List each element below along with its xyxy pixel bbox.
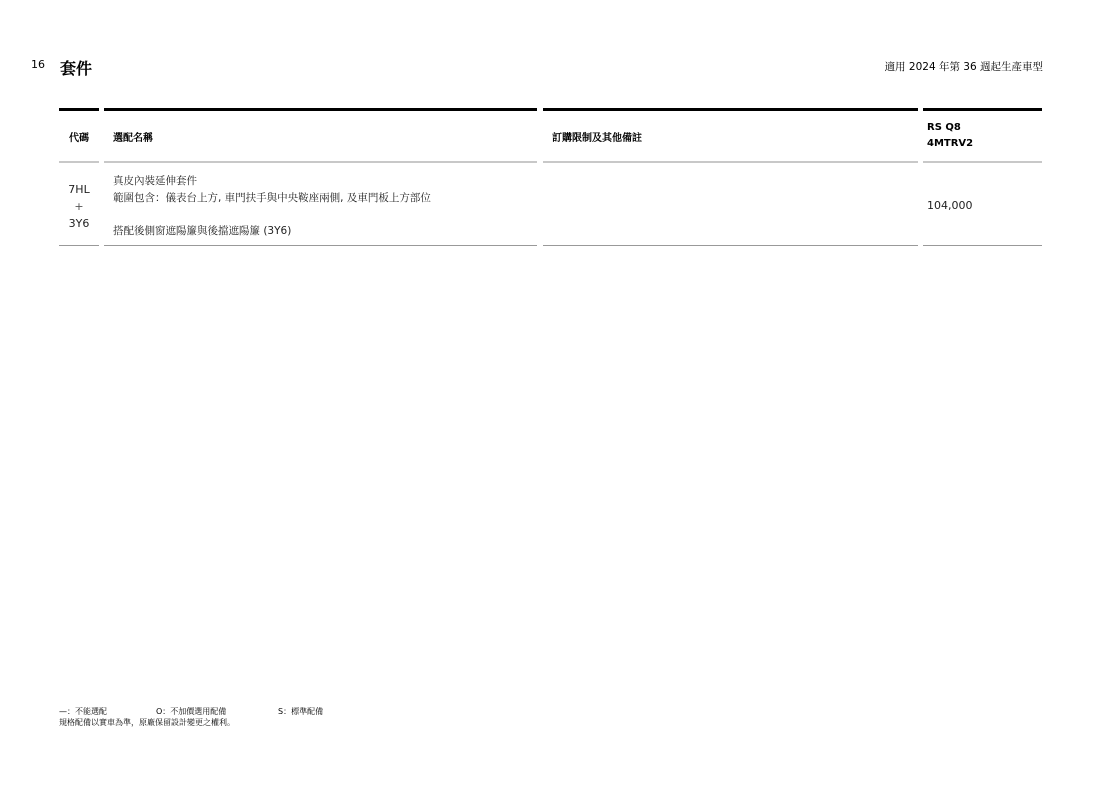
row-bottom-rule	[543, 245, 918, 246]
model-name: RS Q8	[927, 120, 973, 136]
column-model: RS Q8 4MTRV2 104,000	[923, 108, 1042, 246]
code-primary: 7HL	[59, 181, 99, 198]
footer-notes: —：不能選配O：不加價選用配備S：標準配備 規格配備以實車為準，原廠保留設計變更…	[59, 706, 323, 728]
legend-not-available: —：不能選配	[59, 706, 156, 717]
legend-option: O：不加價選用配備	[156, 706, 278, 717]
option-price: 104,000	[927, 199, 973, 212]
table-row	[543, 163, 918, 245]
column-header-code: 代碼	[59, 111, 99, 161]
row-bottom-rule	[104, 245, 537, 246]
page-title: 套件	[60, 56, 92, 79]
disclaimer: 規格配備以實車為準，原廠保留設計變更之權利。	[59, 717, 323, 728]
column-remarks: 訂購限制及其他備註	[543, 108, 918, 246]
column-header-remarks: 訂購限制及其他備註	[543, 111, 918, 161]
column-header-option-name: 選配名稱	[104, 111, 537, 161]
row-bottom-rule	[923, 245, 1042, 246]
legend: —：不能選配O：不加價選用配備S：標準配備	[59, 706, 323, 717]
option-code: 7HL + 3Y6	[59, 181, 99, 232]
model-code: 4MTRV2	[927, 136, 973, 152]
table-row: 104,000	[923, 163, 1042, 245]
option-title: 真皮內裝延伸套件	[113, 173, 431, 190]
table-row: 真皮內裝延伸套件 範圍包含：儀表台上方, 車門扶手與中央鞍座兩側, 及車門板上方…	[104, 163, 537, 245]
code-plus-separator: +	[59, 198, 99, 215]
column-code: 代碼 7HL + 3Y6	[59, 108, 99, 246]
code-secondary: 3Y6	[59, 215, 99, 232]
applicability-note: 適用 2024 年第 36 週起生產車型	[885, 59, 1043, 74]
legend-standard: S：標準配備	[278, 706, 323, 717]
page-number: 16	[31, 58, 45, 71]
row-bottom-rule	[59, 245, 99, 246]
option-scope: 範圍包含：儀表台上方, 車門扶手與中央鞍座兩側, 及車門板上方部位	[113, 190, 431, 207]
option-name: 真皮內裝延伸套件 範圍包含：儀表台上方, 車門扶手與中央鞍座兩側, 及車門板上方…	[113, 173, 431, 240]
column-option-name: 選配名稱 真皮內裝延伸套件 範圍包含：儀表台上方, 車門扶手與中央鞍座兩側, 及…	[104, 108, 537, 246]
option-bundle-note: 搭配後側窗遮陽簾與後擋遮陽簾 (3Y6)	[113, 223, 431, 240]
column-header-model: RS Q8 4MTRV2	[923, 111, 1042, 161]
table-row: 7HL + 3Y6	[59, 163, 99, 245]
